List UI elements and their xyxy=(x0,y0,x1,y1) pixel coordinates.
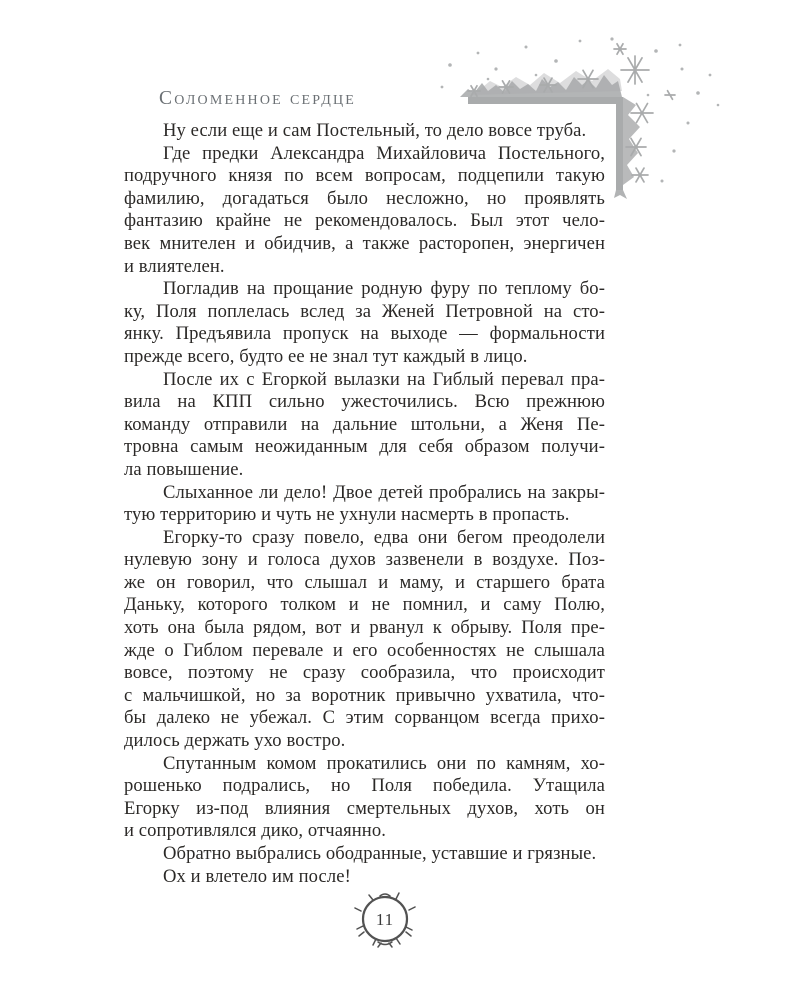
text-line: Егорку из-под влияния смертельных духов,… xyxy=(124,798,605,821)
text-line: ла повышение. xyxy=(124,459,605,482)
paragraph: Слыханное ли дело! Двое детей пробрались… xyxy=(124,482,605,527)
text-line: ку, Поля поплелась вслед за Женей Петров… xyxy=(124,301,605,324)
paragraph: Спутанным комом прокатились они по камня… xyxy=(124,753,605,843)
text-line: фантазию крайне не рекомендовалось. Был … xyxy=(124,210,605,233)
text-line: команду отправили на дальние штольни, а … xyxy=(124,414,605,437)
text-line: жде о Гиблом перевале и его особенностях… xyxy=(124,640,605,663)
paragraph: После их с Егоркой вылазки на Гиблый пер… xyxy=(124,369,605,482)
paragraph: Егорку-то сразу повело, едва они бегом п… xyxy=(124,527,605,753)
text-line: Ох и влетело им после! xyxy=(124,866,605,889)
text-line: вовсе, поэтому не сразу сообразила, что … xyxy=(124,662,605,685)
text-line: и влиятелен. xyxy=(124,256,605,279)
text-line: вила на КПП сильно ужесточились. Всю пре… xyxy=(124,391,605,414)
page-number-ornament: 11 xyxy=(352,888,418,954)
text-line: прежде всего, будто ее не знал тут кажды… xyxy=(124,346,605,369)
paragraph: Ох и влетело им после! xyxy=(124,866,605,889)
text-line: После их с Егоркой вылазки на Гиблый пер… xyxy=(124,369,605,392)
book-page: Соломенное сердце xyxy=(0,0,800,1000)
running-head-title: Соломенное сердце xyxy=(159,88,356,110)
text-line: же он говорил, что слышал и маму, и стар… xyxy=(124,572,605,595)
page-number: 11 xyxy=(376,910,394,929)
paragraph: Где предки Александра Михайловича Постел… xyxy=(124,143,605,279)
text-line: Обратно выбрались ободранные, уставшие и… xyxy=(124,843,605,866)
text-line: дилось держать ухо востро. xyxy=(124,730,605,753)
text-line: подручного князя по всем вопросам, подце… xyxy=(124,165,605,188)
text-line: янку. Предъявила пропуск на выходе — фор… xyxy=(124,323,605,346)
text-line: Где предки Александра Михайловича Постел… xyxy=(124,143,605,166)
text-line: Спутанным комом прокатились они по камня… xyxy=(124,753,605,776)
paragraph: Обратно выбрались ободранные, уставшие и… xyxy=(124,843,605,866)
text-line: век мнителен и обидчив, а также растороп… xyxy=(124,233,605,256)
text-line: бы далеко не убежал. С этим сорванцом вс… xyxy=(124,707,605,730)
paragraph: Погладив на прощание родную фуру по тепл… xyxy=(124,278,605,368)
text-line: Погладив на прощание родную фуру по тепл… xyxy=(124,278,605,301)
text-line: нулевую зону и голоса духов зазвенели в … xyxy=(124,549,605,572)
text-line: и сопротивлялся дико, отчаянно. xyxy=(124,820,605,843)
text-line: фамилию, догадаться было несложно, но пр… xyxy=(124,188,605,211)
text-line: Слыханное ли дело! Двое детей пробрались… xyxy=(124,482,605,505)
body-text: Ну если еще и сам Постельный, то дело во… xyxy=(124,120,605,888)
text-line: тую территорию и чуть не ухнули насмерть… xyxy=(124,504,605,527)
text-line: Даньку, которого толком и не помнил, и с… xyxy=(124,594,605,617)
text-line: рошенько подрались, но Поля победила. Ут… xyxy=(124,775,605,798)
text-line: Егорку-то сразу повело, едва они бегом п… xyxy=(124,527,605,550)
text-line: тровна самым неожиданным для себя образо… xyxy=(124,436,605,459)
text-line: хоть она была рядом, вот и рванул к обры… xyxy=(124,617,605,640)
text-line: с мальчишкой, но за воротник привычно ух… xyxy=(124,685,605,708)
text-line: Ну если еще и сам Постельный, то дело во… xyxy=(124,120,605,143)
paragraph: Ну если еще и сам Постельный, то дело во… xyxy=(124,120,605,143)
